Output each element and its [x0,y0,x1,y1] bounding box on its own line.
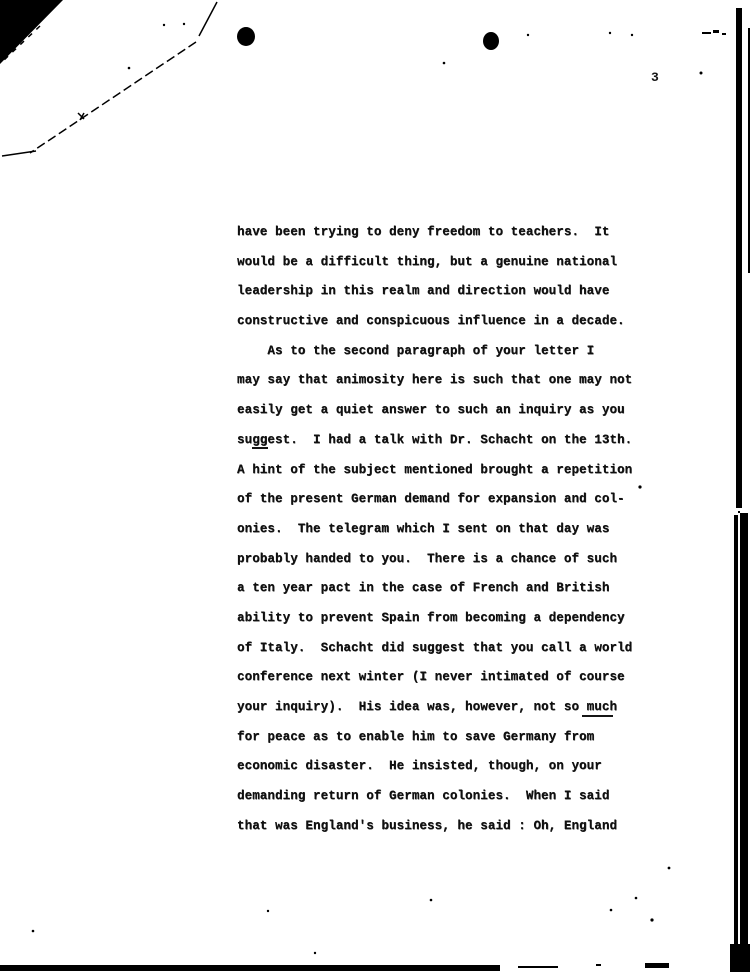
scan-edge-right-upper [736,8,742,508]
hole-punch-right [483,32,499,50]
letter-body: have been trying to deny freedom to teac… [237,218,657,841]
scratch-line-long [30,42,196,153]
smudge-mark [713,30,719,33]
letter-line-14: ability to prevent Spain from becoming a… [237,604,657,634]
letter-line-5: As to the second paragraph of your lette… [237,337,657,367]
letter-line-19: economic disaster. He insisted, though, … [237,752,657,782]
scan-edge-corner-blob [730,944,750,972]
scan-edge-bottom [0,965,500,971]
letter-line-17: your inquiry). His idea was, however, no… [237,693,657,723]
letter-line-15: of Italy. Schacht did suggest that you c… [237,634,657,664]
scan-edge-bottom-dash [518,966,558,968]
letter-line-18: for peace as to enable him to save Germa… [237,723,657,753]
letter-line-7: easily get a quiet answer to such an inq… [237,396,657,426]
overstrike-underline-much [582,715,613,717]
overstrike-underline-suggest [252,447,268,449]
scratch-line-parallel [4,26,40,60]
scan-edge-bottom-dot [596,964,601,966]
letter-line-20: demanding return of German colonies. Whe… [237,782,657,812]
letter-line-13: a ten year pact in the case of French an… [237,574,657,604]
letter-line-12: probably handed to you. There is a chanc… [237,545,657,575]
letter-line-21: that was England's business, he said : O… [237,812,657,842]
letter-line-11: onies. The telegram which I sent on that… [237,515,657,545]
smudge-mark [702,32,711,34]
smudge-mark [722,33,726,35]
letter-line-4: constructive and conspicuous influence i… [237,307,657,337]
letter-line-8: suggest. I had a talk with Dr. Schacht o… [237,426,657,456]
letter-line-16: conference next winter (I never intimate… [237,663,657,693]
scanned-letter-page: 3 have been trying to deny freedom to te… [0,0,750,972]
scan-edge-right-lower-thin [734,515,738,972]
letter-line-10: of the present German demand for expansi… [237,485,657,515]
scan-edge-gap-dot [737,505,740,508]
letter-line-1: have been trying to deny freedom to teac… [237,218,657,248]
scratch-line-dash [2,151,36,156]
letter-line-6: may say that animosity here is such that… [237,366,657,396]
scan-edge-gap-dot [738,511,740,513]
letter-line-3: leadership in this realm and direction w… [237,277,657,307]
scan-edge-bottom-mark [645,963,669,968]
letter-line-9: A hint of the subject mentioned brought … [237,456,657,486]
page-number: 3 [651,70,659,85]
scan-edge-right-lower-thick [740,513,748,972]
scratch-line-short [199,2,217,36]
letter-line-2: would be a difficult thing, but a genuin… [237,248,657,278]
hole-punch-left [237,27,255,46]
